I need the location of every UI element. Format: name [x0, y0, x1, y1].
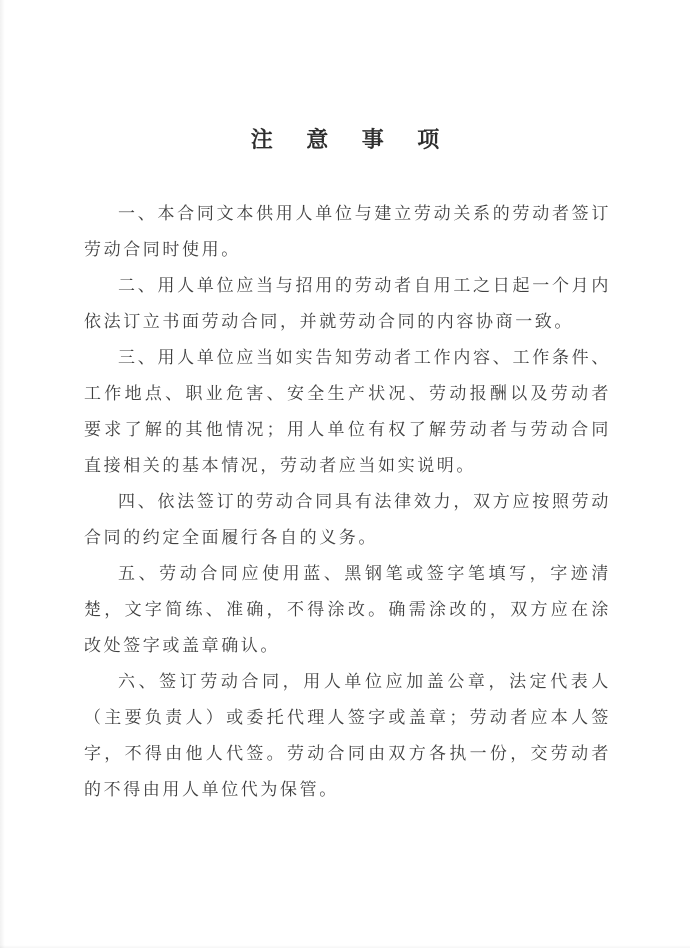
notice-paragraph-3: 三、用人单位应当如实告知劳动者工作内容、工作条件、工作地点、职业危害、安全生产状… [84, 340, 611, 484]
notice-body: 一、本合同文本供用人单位与建立劳动关系的劳动者签订劳动合同时使用。 二、用人单位… [84, 196, 611, 808]
notice-paragraph-6: 六、签订劳动合同，用人单位应加盖公章，法定代表人（主要负责人）或委托代理人签字或… [84, 664, 611, 808]
notice-paragraph-4: 四、依法签订的劳动合同具有法律效力，双方应按照劳动合同的约定全面履行各自的义务。 [84, 484, 611, 556]
notice-paragraph-2: 二、用人单位应当与招用的劳动者自用工之日起一个月内依法订立书面劳动合同，并就劳动… [84, 268, 611, 340]
page-title: 注 意 事 项 [0, 127, 690, 153]
document-page: 注 意 事 项 一、本合同文本供用人单位与建立劳动关系的劳动者签订劳动合同时使用… [0, 0, 690, 948]
notice-paragraph-5: 五、劳动合同应使用蓝、黑钢笔或签字笔填写，字迹清楚，文字简练、准确，不得涂改。确… [84, 556, 611, 664]
notice-paragraph-1: 一、本合同文本供用人单位与建立劳动关系的劳动者签订劳动合同时使用。 [84, 196, 611, 268]
